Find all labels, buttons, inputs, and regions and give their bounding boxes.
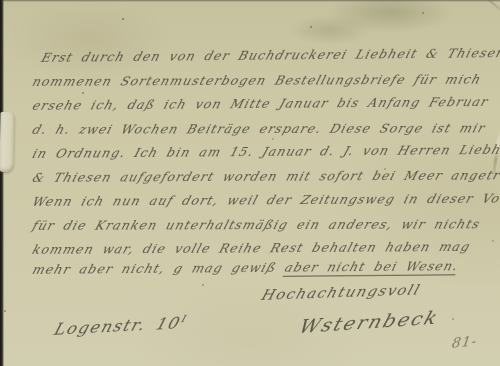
letter-line: d. h. zwei Wochen Beiträge erspare. Dies… — [31, 120, 488, 137]
letter-line: kommen war, die volle Reihe Rest behalte… — [31, 239, 473, 257]
letter-scan: Erst durch den von der Buchdruckerei Lie… — [0, 0, 500, 366]
left-edge-tape-damage — [0, 112, 15, 172]
paper-top-edge-shadow — [0, 0, 500, 2]
address-superscript: I — [180, 314, 189, 325]
paper-left-dark-edge — [0, 0, 4, 366]
letter-line: für die Kranken unterhaltsmäßig ein ande… — [31, 216, 483, 233]
street-text: Logenstr. 10 — [52, 314, 183, 339]
closing-line: Hochachtungsvoll — [259, 283, 423, 304]
letter-line: nommenen Sortenmusterbogen Bestellungsbr… — [31, 72, 484, 89]
address-line: Logenstr. 10I — [52, 313, 189, 339]
signature: Wsternbeck — [296, 307, 442, 338]
pencil-annotation: 81- — [451, 333, 479, 351]
letter-line: Wenn ich nun auf dort, weil der Zeitungs… — [31, 190, 500, 209]
letter-line: ersehe ich, daß ich von Mitte Januar bis… — [31, 94, 491, 113]
letter-line: Erst durch den von der Buchdruckerei Lie… — [40, 45, 500, 65]
letter-line: in Ordnung. Ich bin am 15. Januar d. J. … — [31, 142, 500, 161]
line-text: mehr aber nicht, g mag gewiß — [31, 260, 288, 277]
top-right-crease — [456, 0, 500, 18]
underlined-phrase: aber nicht bei Wesen. — [282, 258, 460, 277]
letter-line: & Thiesen aufgefordert worden mit sofort… — [31, 167, 500, 185]
paper-specks — [122, 18, 124, 20]
letter-line: mehr aber nicht, g mag gewiß aber nicht … — [31, 258, 461, 277]
